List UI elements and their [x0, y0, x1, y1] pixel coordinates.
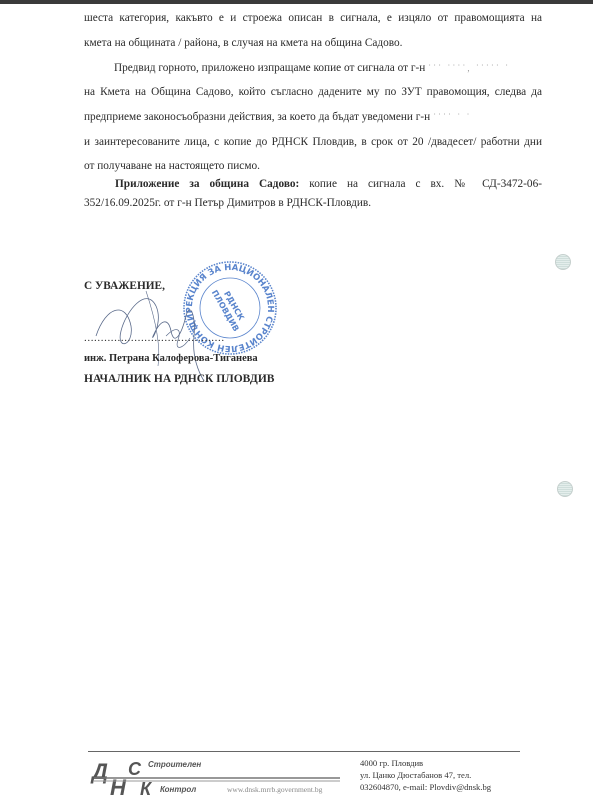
svg-text:К: К [140, 779, 153, 797]
handwritten-signature [86, 276, 226, 386]
body-line-3-text: Предвид горното, приложено изпращаме коп… [114, 62, 425, 74]
punch-hole-bottom [557, 481, 573, 497]
signatory-name: инж. Петрана Калоферова-Тиганева [84, 353, 258, 364]
body-line-4: на Кмета на Община Садово, който съгласн… [84, 86, 542, 98]
body-line-5: предприеме законосъобразни действия, за … [84, 111, 472, 123]
body-line-3: Предвид горното, приложено изпращаме коп… [114, 62, 510, 74]
svg-text:С: С [128, 759, 142, 779]
attachment-line-1: Приложение за община Садово: копие на си… [115, 178, 542, 190]
punch-hole-top [555, 254, 571, 270]
footer-website: www.dnsk.mrrb.government.bg [227, 785, 322, 794]
logo-word-kontrol: Контрол [160, 785, 196, 794]
viewer-top-border [0, 0, 593, 4]
body-line-5-text: предприеме законосъобразни действия, за … [84, 111, 430, 123]
footer-address-line-3: 032604870, e-mail: Plovdiv@dnsk.bg [360, 782, 491, 792]
body-line-7: от получаване на настоящето писмо. [84, 160, 260, 172]
body-line-2: кмета на общината / района, в случая на … [84, 37, 403, 49]
attachment-text: копие на сигнала с вх. № СД-3472-06- [309, 178, 542, 190]
footer-divider [88, 751, 520, 752]
footer-address-line-1: 4000 гр. Пловдив [360, 758, 423, 768]
signature-line: ........................................… [84, 332, 225, 344]
attachment-label: Приложение за община Садово: [115, 178, 299, 190]
redacted-name: ˙˙˙ ˙˙˙˙, ˙˙˙˙˙ ˙ [428, 63, 510, 73]
svg-text:Д: Д [90, 759, 108, 784]
attachment-line-2: 352/16.09.2025г. от г-н Петър Димитров в… [84, 197, 371, 209]
body-line-6: и заинтересованите лица, с копие до РДНС… [84, 136, 542, 148]
logo-word-stroitelen: Строителен [148, 760, 201, 769]
signatory-title: НАЧАЛНИК НА РДНСК ПЛОВДИВ [84, 373, 274, 385]
redacted-name: ˙˙˙˙ ˙ ˙ [433, 112, 471, 122]
body-line-1: шеста категория, какъвто е и строежа опи… [84, 12, 542, 24]
footer-address-line-2: ул. Цанко Дюстабанов 47, тел. [360, 770, 471, 780]
